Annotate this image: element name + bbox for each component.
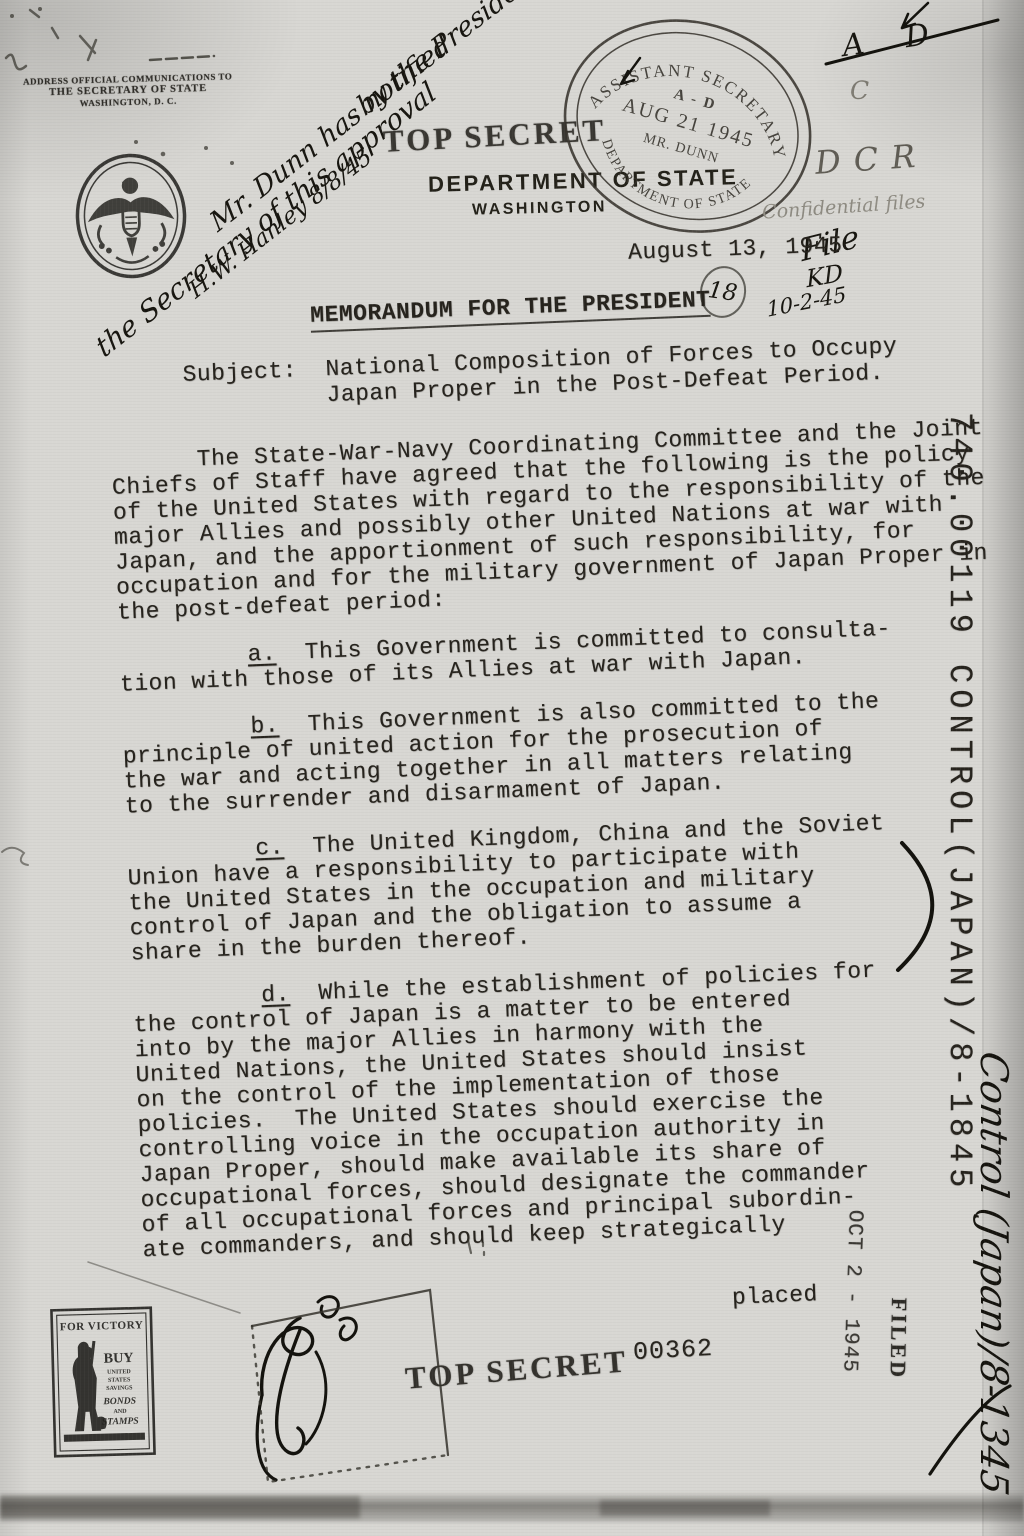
memo-subject: Subject: National Composition of Forces … <box>182 330 988 414</box>
serial-number: 00362 <box>632 1334 713 1367</box>
memo-item-a: a. This Government is committed to consu… <box>118 612 999 697</box>
memo-intro-paragraph: The State-War-Navy Coordinating Committe… <box>111 416 997 626</box>
victory-bonds-stamp: FOR VICTORY BUY UNITED STATES SAVINGS BO… <box>48 1305 158 1460</box>
victory-stamp-buy: BUY <box>103 1350 133 1367</box>
letterhead-address: ADDRESS OFFICIAL COMMUNICATIONS TO THE S… <box>22 71 235 110</box>
state-seal-icon <box>70 150 192 282</box>
c-mark-note: C <box>850 76 869 105</box>
dcr-initials-note: DCR <box>814 136 930 182</box>
memo-body: MEMORANDUM FOR THE PRESIDENT Subject: Na… <box>105 277 1023 1286</box>
victory-stamp-savings: SAVINGS <box>106 1385 133 1392</box>
catalog-number-handwritten: Control (Japan)/8-1345 <box>972 1048 1016 1498</box>
item-c-label: c. <box>255 834 285 861</box>
item-d-label: d. <box>261 981 291 1008</box>
document-page: ADDRESS OFFICIAL COMMUNICATIONS TO THE S… <box>0 0 1024 1536</box>
bottom-scan-shadow <box>0 1492 1024 1522</box>
victory-stamp-stamps: STAMPS <box>102 1416 139 1428</box>
ad-initials-note: A D <box>840 15 947 64</box>
filed-stamp: FILED <box>885 1298 912 1381</box>
filed-date-stamp: OCT 2 - 1945 <box>837 1209 866 1373</box>
top-secret-stamp-bottom: TOP SECRET <box>404 1343 629 1396</box>
bottom-scan-shadow-left <box>0 1496 360 1518</box>
memo-item-d: d. While the establishment of policies f… <box>132 953 1022 1263</box>
bottom-scan-shadow-mid <box>600 1500 770 1516</box>
item-a-label: a. <box>247 640 277 667</box>
memo-item-b: b. This Government is also committed to … <box>121 684 1004 819</box>
victory-stamp-states: STATES <box>108 1377 131 1384</box>
approval-note-line3: by the President. <box>352 0 553 122</box>
item-b-label: b. <box>250 712 280 739</box>
memo-heading: MEMORANDUM FOR THE PRESIDENT <box>310 277 986 333</box>
continuation-word: placed <box>731 1281 818 1311</box>
victory-stamp-bonds: BONDS <box>102 1395 136 1407</box>
victory-stamp-header: FOR VICTORY <box>60 1319 144 1333</box>
victory-stamp-and: AND <box>113 1409 127 1415</box>
victory-stamp-united: UNITED <box>107 1369 131 1376</box>
memo-item-c: c. The United Kingdom, China and the Sov… <box>126 806 1010 966</box>
